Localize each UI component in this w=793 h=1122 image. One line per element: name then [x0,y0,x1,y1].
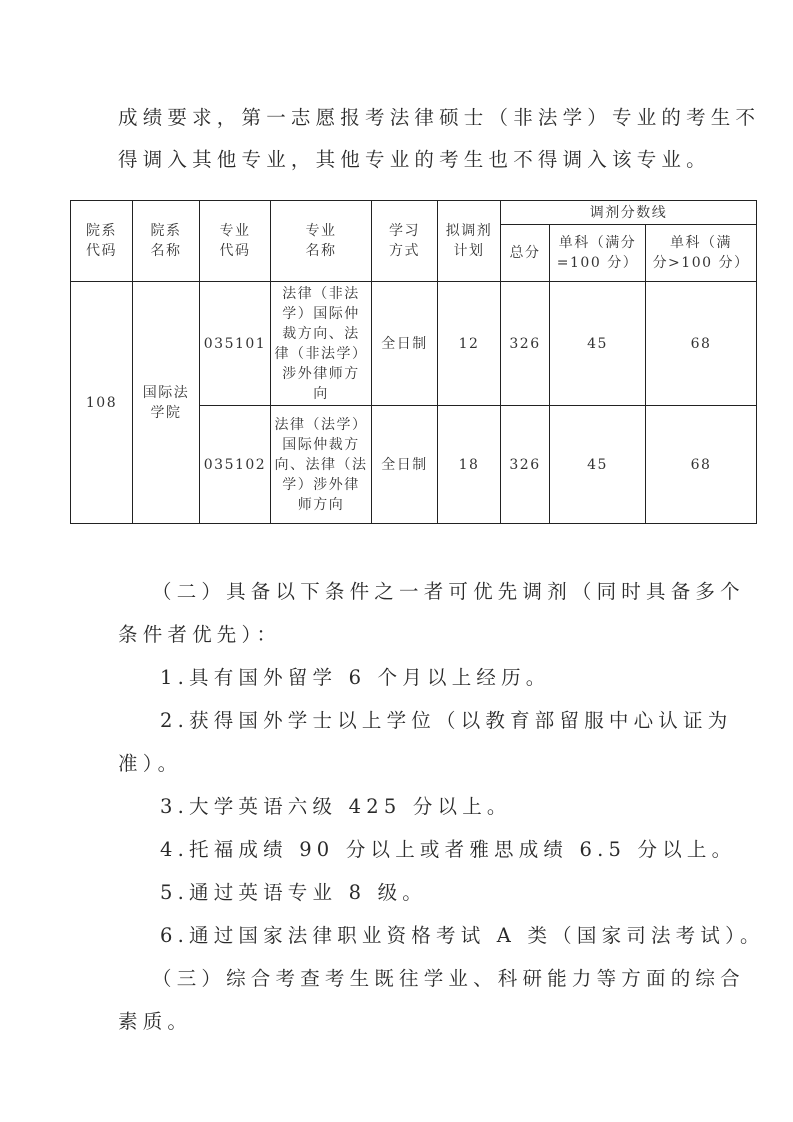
major-name-line: 涉外律师方 [271,364,371,384]
major-name-line: 师方向 [271,495,371,515]
section2-heading-line-2: 条件者优先）： [118,613,688,657]
header-single-over-100: 单科（满 分>100 分） [646,225,757,282]
header-dept-code: 院系 代码 [71,201,133,282]
total-score-cell: 326 [501,406,550,524]
study-mode-cell: 全日制 [372,406,438,524]
intro-line-2: 得调入其他专业，其他专业的考生也不得调入该专业。 [118,138,688,182]
header-major-code: 专业 代码 [200,201,271,282]
header-single-over-100-line2: 分>100 分） [650,253,752,273]
major-name-cell: 法律（法学） 国际仲裁方 向、法律（法 学）涉外律 师方向 [271,406,372,524]
plan-cell: 18 [438,406,501,524]
header-plan-line2: 计划 [438,241,500,261]
header-dept-name-line1: 院系 [133,221,199,241]
major-name-line: 法律（非法 [271,284,371,304]
single-over-100-cell: 68 [646,406,757,524]
header-dept-name: 院系 名称 [133,201,200,282]
major-name-line: 向 [271,384,371,404]
condition-item-3: 3.大学英语六级 425 分以上。 [160,785,730,829]
condition-item-6: 6.通过国家法律职业资格考试 A 类（国家司法考试）。 [160,914,730,958]
header-single-100: 单科（满分 =100 分） [550,225,646,282]
header-study-mode-line1: 学习 [372,221,437,241]
header-score-group: 调剂分数线 [501,201,757,225]
header-plan-line1: 拟调剂 [438,221,500,241]
condition-item-4: 4.托福成绩 90 分以上或者雅思成绩 6.5 分以上。 [160,828,730,872]
header-dept-code-line2: 代码 [71,241,132,261]
section3-line-2: 素质。 [118,1000,688,1044]
header-major-name-line2: 名称 [271,241,371,261]
header-total: 总分 [501,225,550,282]
section3-line-1: （三）综合考查考生既往学业、科研能力等方面的综合 [152,957,722,1001]
condition-item-1: 1.具有国外留学 6 个月以上经历。 [160,656,730,700]
table-row: 108 国际法 学院 035101 法律（非法 学）国际仲 裁方向、法 律（非法… [71,282,757,406]
major-name-line: 学）国际仲 [271,304,371,324]
condition-item-2-cont: 准）。 [118,742,688,786]
condition-item-5: 5.通过英语专业 8 级。 [160,871,730,915]
intro-line-1: 成绩要求，第一志愿报考法律硕士（非法学）专业的考生不 [118,96,688,140]
header-major-name: 专业 名称 [271,201,372,282]
header-plan: 拟调剂 计划 [438,201,501,282]
header-major-code-line1: 专业 [200,221,270,241]
header-single-100-line1: 单科（满分 [554,233,641,253]
major-name-line: 律（非法学） [271,344,371,364]
study-mode-cell: 全日制 [372,282,438,406]
header-dept-name-line2: 名称 [133,241,199,261]
plan-cell: 12 [438,282,501,406]
major-name-cell: 法律（非法 学）国际仲 裁方向、法 律（非法学） 涉外律师方 向 [271,282,372,406]
major-code-cell: 035101 [200,282,271,406]
major-name-line: 国际仲裁方 [271,435,371,455]
dept-name-line1: 国际法 [133,383,199,403]
dept-code-cell: 108 [71,282,133,524]
single-over-100-cell: 68 [646,282,757,406]
major-name-line: 向、法律（法 [271,455,371,475]
header-major-code-line2: 代码 [200,241,270,261]
adjustment-score-table: 院系 代码 院系 名称 专业 代码 专业 名称 学习 方式 拟调剂 计划 [70,200,757,524]
total-score-cell: 326 [501,282,550,406]
major-name-line: 裁方向、法 [271,324,371,344]
condition-item-2: 2.获得国外学士以上学位（以教育部留服中心认证为 [160,699,730,743]
section2-heading-line-1: （二）具备以下条件之一者可优先调剂（同时具备多个 [152,570,722,614]
header-dept-code-line1: 院系 [71,221,132,241]
major-name-line: 法律（法学） [271,415,371,435]
header-study-mode-line2: 方式 [372,241,437,261]
single-100-cell: 45 [550,282,646,406]
dept-name-line2: 学院 [133,403,199,423]
header-study-mode: 学习 方式 [372,201,438,282]
dept-name-cell: 国际法 学院 [133,282,200,524]
header-single-over-100-line1: 单科（满 [650,233,752,253]
major-code-cell: 035102 [200,406,271,524]
header-major-name-line1: 专业 [271,221,371,241]
header-single-100-line2: =100 分） [554,253,641,273]
single-100-cell: 45 [550,406,646,524]
major-name-line: 学）涉外律 [271,475,371,495]
